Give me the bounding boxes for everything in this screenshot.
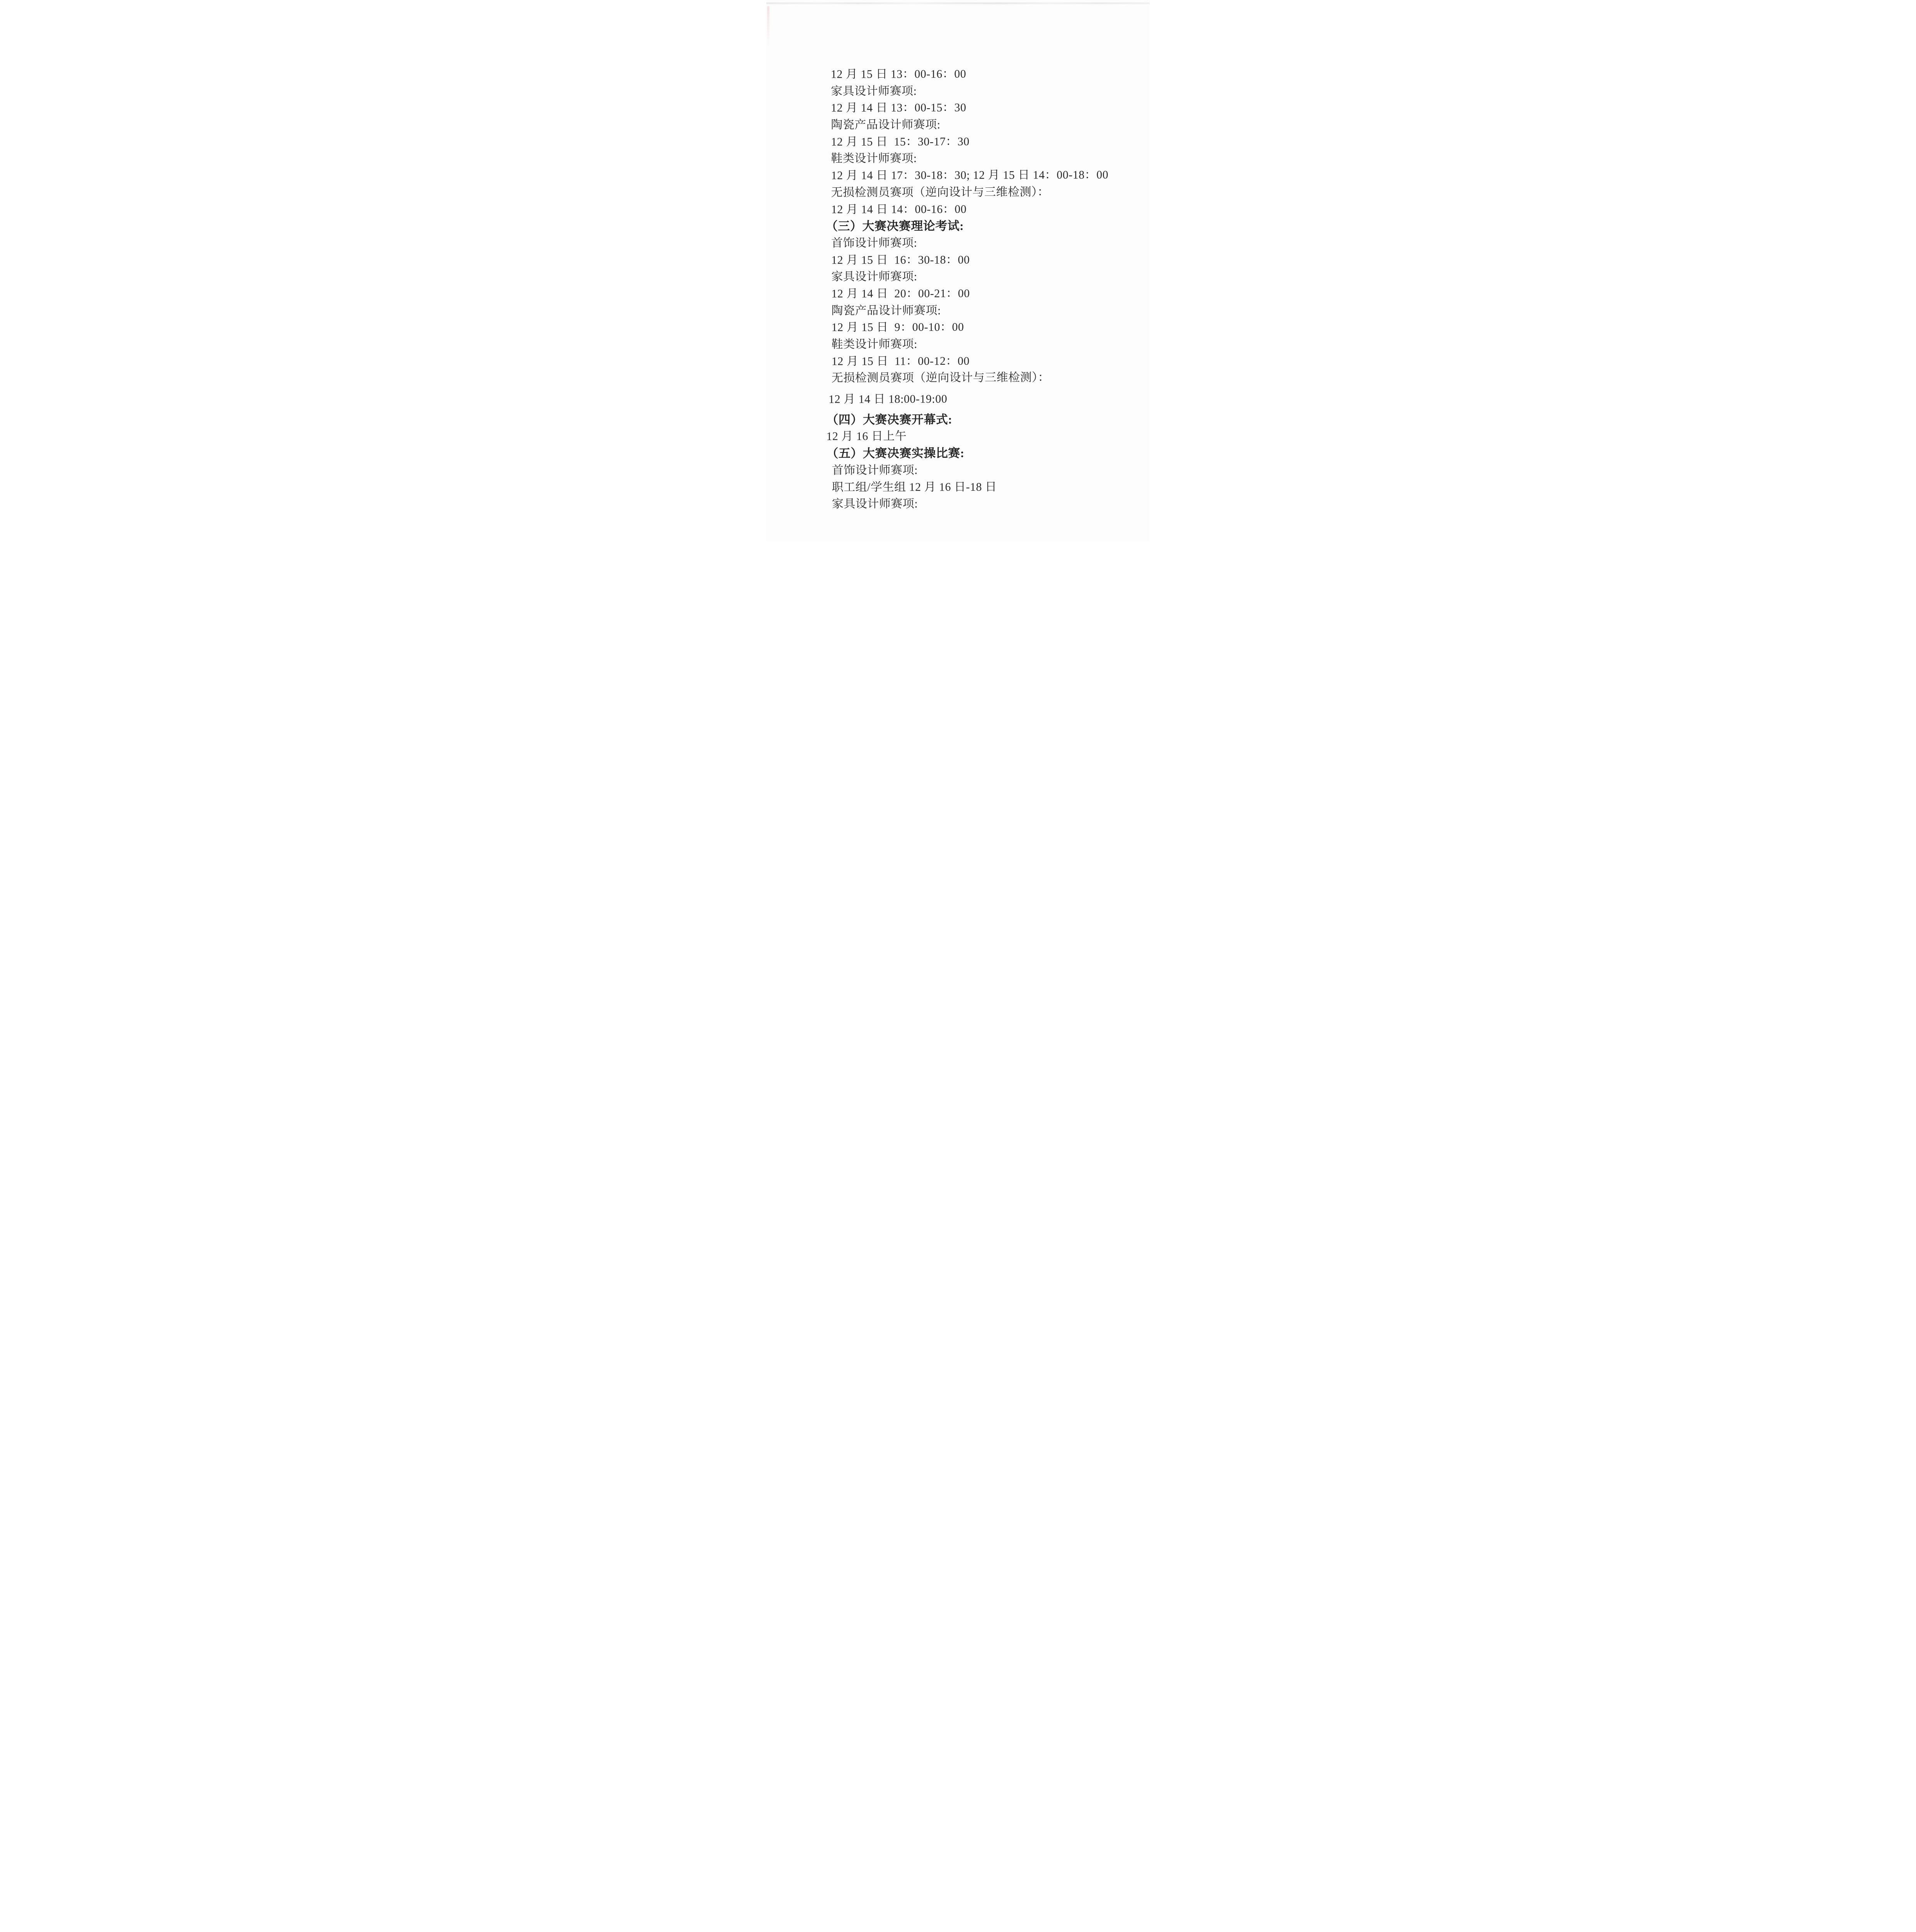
text-line: 首饰设计师赛项: <box>832 461 1150 479</box>
text-line: 12 月 14 日 18:00-19:00 <box>829 390 1150 408</box>
text-line: 首饰设计师赛项: <box>831 234 1150 252</box>
text-line: 12 月 15 日 13：00-16：00 <box>831 65 1149 83</box>
text-line: 无损检测员赛项（逆向设计与三维检测）： <box>831 184 1150 201</box>
text-line: 12 月 14 日 17：30-18：30; 12 月 15 日 14：00-1… <box>831 167 1149 184</box>
section-heading: （四）大赛决赛开幕式: <box>826 410 1150 428</box>
text-line: 家具设计师赛项: <box>831 268 1150 286</box>
document-page: 12 月 15 日 13：00-16：00家具设计师赛项:12 月 14 日 1… <box>766 0 1150 542</box>
text-line: 鞋类设计师赛项: <box>831 150 1149 167</box>
text-line: 12 月 14 日 20：00-21：00 <box>831 285 1150 303</box>
text-line: 12 月 15 日 15：30-17：30 <box>831 133 1149 150</box>
text-line: 职工组/学生组 12 月 16 日-18 日 <box>832 478 1150 496</box>
text-line: 鞋类设计师赛项: <box>832 335 1150 353</box>
text-line: 12 月 16 日上午 <box>826 427 1150 445</box>
text-line: 陶瓷产品设计师赛项: <box>831 301 1150 319</box>
document-lines: 12 月 15 日 13：00-16：00家具设计师赛项:12 月 14 日 1… <box>766 0 1150 513</box>
text-line: 12 月 14 日 13：00-15：30 <box>831 99 1149 117</box>
text-line: 12 月 15 日 9：00-10：00 <box>831 318 1150 336</box>
section-heading: （五）大赛决赛实操比赛: <box>826 444 1150 462</box>
text-line: 12 月 15 日 16：30-18：00 <box>831 251 1150 269</box>
text-line: 12 月 15 日 11：00-12：00 <box>832 352 1150 370</box>
text-line: 12 月 14 日 14：00-16：00 <box>831 200 1150 218</box>
text-line: 无损检测员赛项（逆向设计与三维检测）： <box>832 369 1150 387</box>
section-heading: （三）大赛决赛理论考试: <box>826 217 1150 235</box>
text-line: 家具设计师赛项: <box>831 82 1149 100</box>
text-line: 陶瓷产品设计师赛项: <box>831 116 1149 134</box>
text-line: 家具设计师赛项: <box>832 495 1150 513</box>
